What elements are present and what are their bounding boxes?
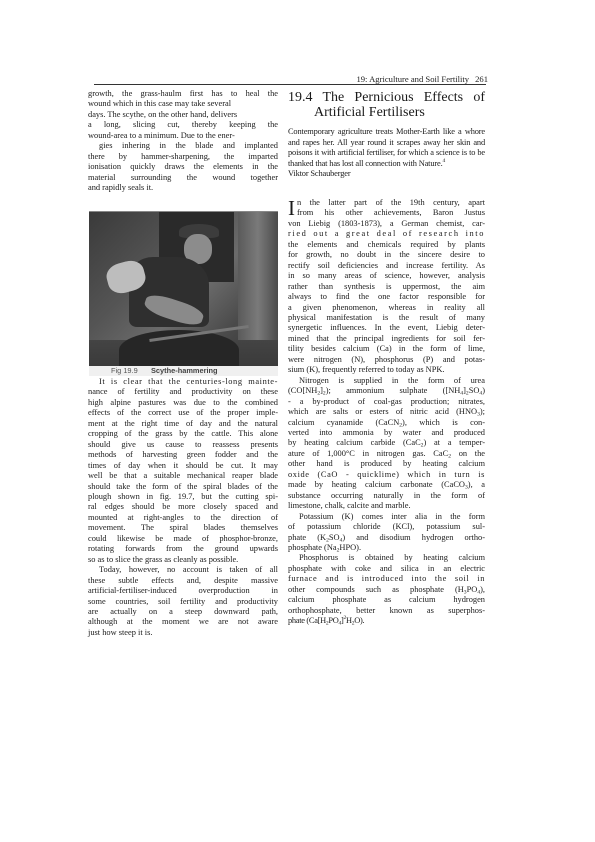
left-column-top: growth, the grass-haulm first has to hea… xyxy=(88,89,278,194)
text-line: physical manifestation is the result of … xyxy=(288,313,485,323)
text-line: n the latter part of the 19th century, a… xyxy=(288,198,485,208)
left-column-bottom: It is clear that the centuries-long main… xyxy=(88,377,278,638)
text-line: there by hammer-sharpening, the imparted xyxy=(88,152,278,162)
text-line: It is clear that the centuries-long main… xyxy=(88,377,278,387)
text-line: although at the moment we are not aware xyxy=(88,617,278,627)
text-line: from his other achievements, Baron Justu… xyxy=(288,208,485,218)
footnote-reference[interactable]: 4 xyxy=(443,158,446,164)
text-line: are actually on a steep downward path, xyxy=(88,607,278,617)
figure-caption-text: Scythe-hammering xyxy=(151,366,218,376)
text-line: tility besides calcium (Ca) in the form … xyxy=(288,344,485,354)
text-line: plough shown in fig. 19.7, but the cutti… xyxy=(88,492,278,502)
text-line: effects of the correct use of the proper… xyxy=(88,408,278,418)
text-line: rather than synthesis is uppermost, the … xyxy=(288,282,485,292)
text-line: ionisation quickly draws the elements in… xyxy=(88,162,278,172)
header-rule xyxy=(94,84,486,85)
running-head-chapter: 19: Agriculture and Soil Fertility xyxy=(356,74,469,84)
text-line: rotating forwards from the ground upward… xyxy=(88,544,278,554)
text-line: ature of 1,000°C in nitrogen gas. CaC2 o… xyxy=(288,449,485,459)
text-line: ried out a great deal of research into xyxy=(288,229,485,239)
text-line: material surrounding the wound together xyxy=(88,173,278,183)
text-line: orthophosphate, better known as superpho… xyxy=(288,606,485,616)
text-line: Phosphorus is obtained by heating calciu… xyxy=(288,553,485,563)
text-line: and rapidly seals it. xyxy=(88,183,278,193)
text-line: calcium cyanamide (CaCN2), which is con- xyxy=(288,418,485,428)
text-line: Potassium (K) comes inter alia in the fo… xyxy=(288,512,485,522)
text-line: phosphate (Na2HPO). xyxy=(288,543,485,553)
page-number: 261 xyxy=(475,74,488,84)
text-line: movement. The spiral blades themselves xyxy=(88,523,278,533)
text-line: should take the form of the spiral blade… xyxy=(88,482,278,492)
text-line: in so many areas of science, however, an… xyxy=(288,271,485,281)
text-line: other hand is produced by heating calciu… xyxy=(288,459,485,469)
text-line: von Liebig (1803-1873), a German chemist… xyxy=(288,219,485,229)
text-line: - a by-product of coal-gas production; n… xyxy=(288,397,485,407)
text-line: just how steep it is. xyxy=(88,628,278,638)
text-line: a long, slicing cut, thereby keeping the xyxy=(88,120,278,130)
text-line: oxide (CaO - quicklime) which in turn is xyxy=(288,470,485,480)
text-line: calcium phosphate as calcium hydrogen xyxy=(288,595,485,605)
text-line: Nitrogen is supplied in the form of urea xyxy=(288,376,485,386)
section-heading-line-2: Artificial Fertilisers xyxy=(288,105,485,120)
text-line: wound which in this case may take severa… xyxy=(88,99,278,109)
text-line: times of day when it should be cut. It m… xyxy=(88,461,278,471)
section-heading: 19.4 The Pernicious Effects of Artificia… xyxy=(288,90,485,120)
text-line: ral edges should be more closely spaced … xyxy=(88,502,278,512)
drop-cap: I xyxy=(288,199,295,217)
text-line: the elements and chemicals required by p… xyxy=(288,240,485,250)
text-line: gies inhering in the blade and implanted xyxy=(88,141,278,151)
book-page: 19: Agriculture and Soil Fertility261 gr… xyxy=(0,0,595,842)
text-line: could likewise be made of phosphor-bronz… xyxy=(88,534,278,544)
right-column-body: I n the latter part of the 19th century,… xyxy=(288,198,485,627)
text-line: artificial-fertiliser-induced overproduc… xyxy=(88,586,278,596)
figure-photo-scythe-hammering xyxy=(89,211,278,367)
running-head: 19: Agriculture and Soil Fertility261 xyxy=(330,74,488,84)
text-line: made by heating calcium carbonate (CaCO3… xyxy=(288,480,485,490)
text-line: rectify soil deficiencies and increase f… xyxy=(288,261,485,271)
text-line: a given phenomenon, whereas in reality a… xyxy=(288,303,485,313)
text-line: verted into ammonia by water and produce… xyxy=(288,428,485,438)
text-line: substance occurring naturally in the for… xyxy=(288,491,485,501)
epigraph-quote: Contemporary agriculture treats Mother-E… xyxy=(288,127,485,180)
text-line: phate (K2SO4) and disodium hydrogen orth… xyxy=(288,533,485,543)
text-line: methods of harvesting green fodder and t… xyxy=(88,450,278,460)
text-line: growth, the grass-haulm first has to hea… xyxy=(88,89,278,99)
text-line: phate (Ca[H2PO4]2H2O). xyxy=(288,616,485,626)
text-line: for growth, no doubt in the sincere desi… xyxy=(288,250,485,260)
text-line: days. The scythe, on the other hand, del… xyxy=(88,110,278,120)
text-line: other compounds such as phosphate (H3PO4… xyxy=(288,585,485,595)
text-line: furnace and is introduced into the soil … xyxy=(288,574,485,584)
text-line: phosphate with coke and silica in an ele… xyxy=(288,564,485,574)
text-line: these subtle effects and, despite massiv… xyxy=(88,576,278,586)
text-line: high alpine pastures was due to the comb… xyxy=(88,398,278,408)
text-line: (CO[NH2]2); ammonium sulphate ([NH4]2SO4… xyxy=(288,386,485,396)
epigraph-attribution: Viktor Schauberger xyxy=(288,169,485,180)
text-line: Today, however, no account is taken of a… xyxy=(88,565,278,575)
text-line: well be that a suitable mechanical reape… xyxy=(88,471,278,481)
text-line: sium (K), frequently referred to today a… xyxy=(288,365,485,375)
figure-caption: Fig 19.9 Scythe-hammering xyxy=(89,366,278,376)
text-line: mounted at right-angles to the direction… xyxy=(88,513,278,523)
text-line: cropping of the grass by the cattle. Thi… xyxy=(88,429,278,439)
text-line: should give us cause to reassess present… xyxy=(88,440,278,450)
text-line: synergetic influences. In the event, Lie… xyxy=(288,323,485,333)
text-line: limestone, chalk, calcite and marble. xyxy=(288,501,485,511)
text-line: some countries, soil fertility and produ… xyxy=(88,597,278,607)
section-heading-line-1: 19.4 The Pernicious Effects of xyxy=(288,90,485,105)
text-line: by heating calcium carbide (CaC2) at a t… xyxy=(288,438,485,448)
text-line: were nitrogen (N), phosphorus (P) and po… xyxy=(288,355,485,365)
text-line: mined that the principal ingredients for… xyxy=(288,334,485,344)
text-line: of potassium chloride (KCl), potassium s… xyxy=(288,522,485,532)
text-line: which are salts or esters of nitric acid… xyxy=(288,407,485,417)
epigraph-text: Contemporary agriculture treats Mother-E… xyxy=(288,127,485,168)
text-line: always to find the one factor responsibl… xyxy=(288,292,485,302)
text-line: wound-area to a minimum. Due to the ener… xyxy=(88,131,278,141)
text-line: ment at the right time of day and the na… xyxy=(88,419,278,429)
text-line: nance of fertility and productivity on t… xyxy=(88,387,278,397)
figure-number: Fig 19.9 xyxy=(111,366,138,376)
text-line: so as to slice the grass as cleanly as p… xyxy=(88,555,278,565)
